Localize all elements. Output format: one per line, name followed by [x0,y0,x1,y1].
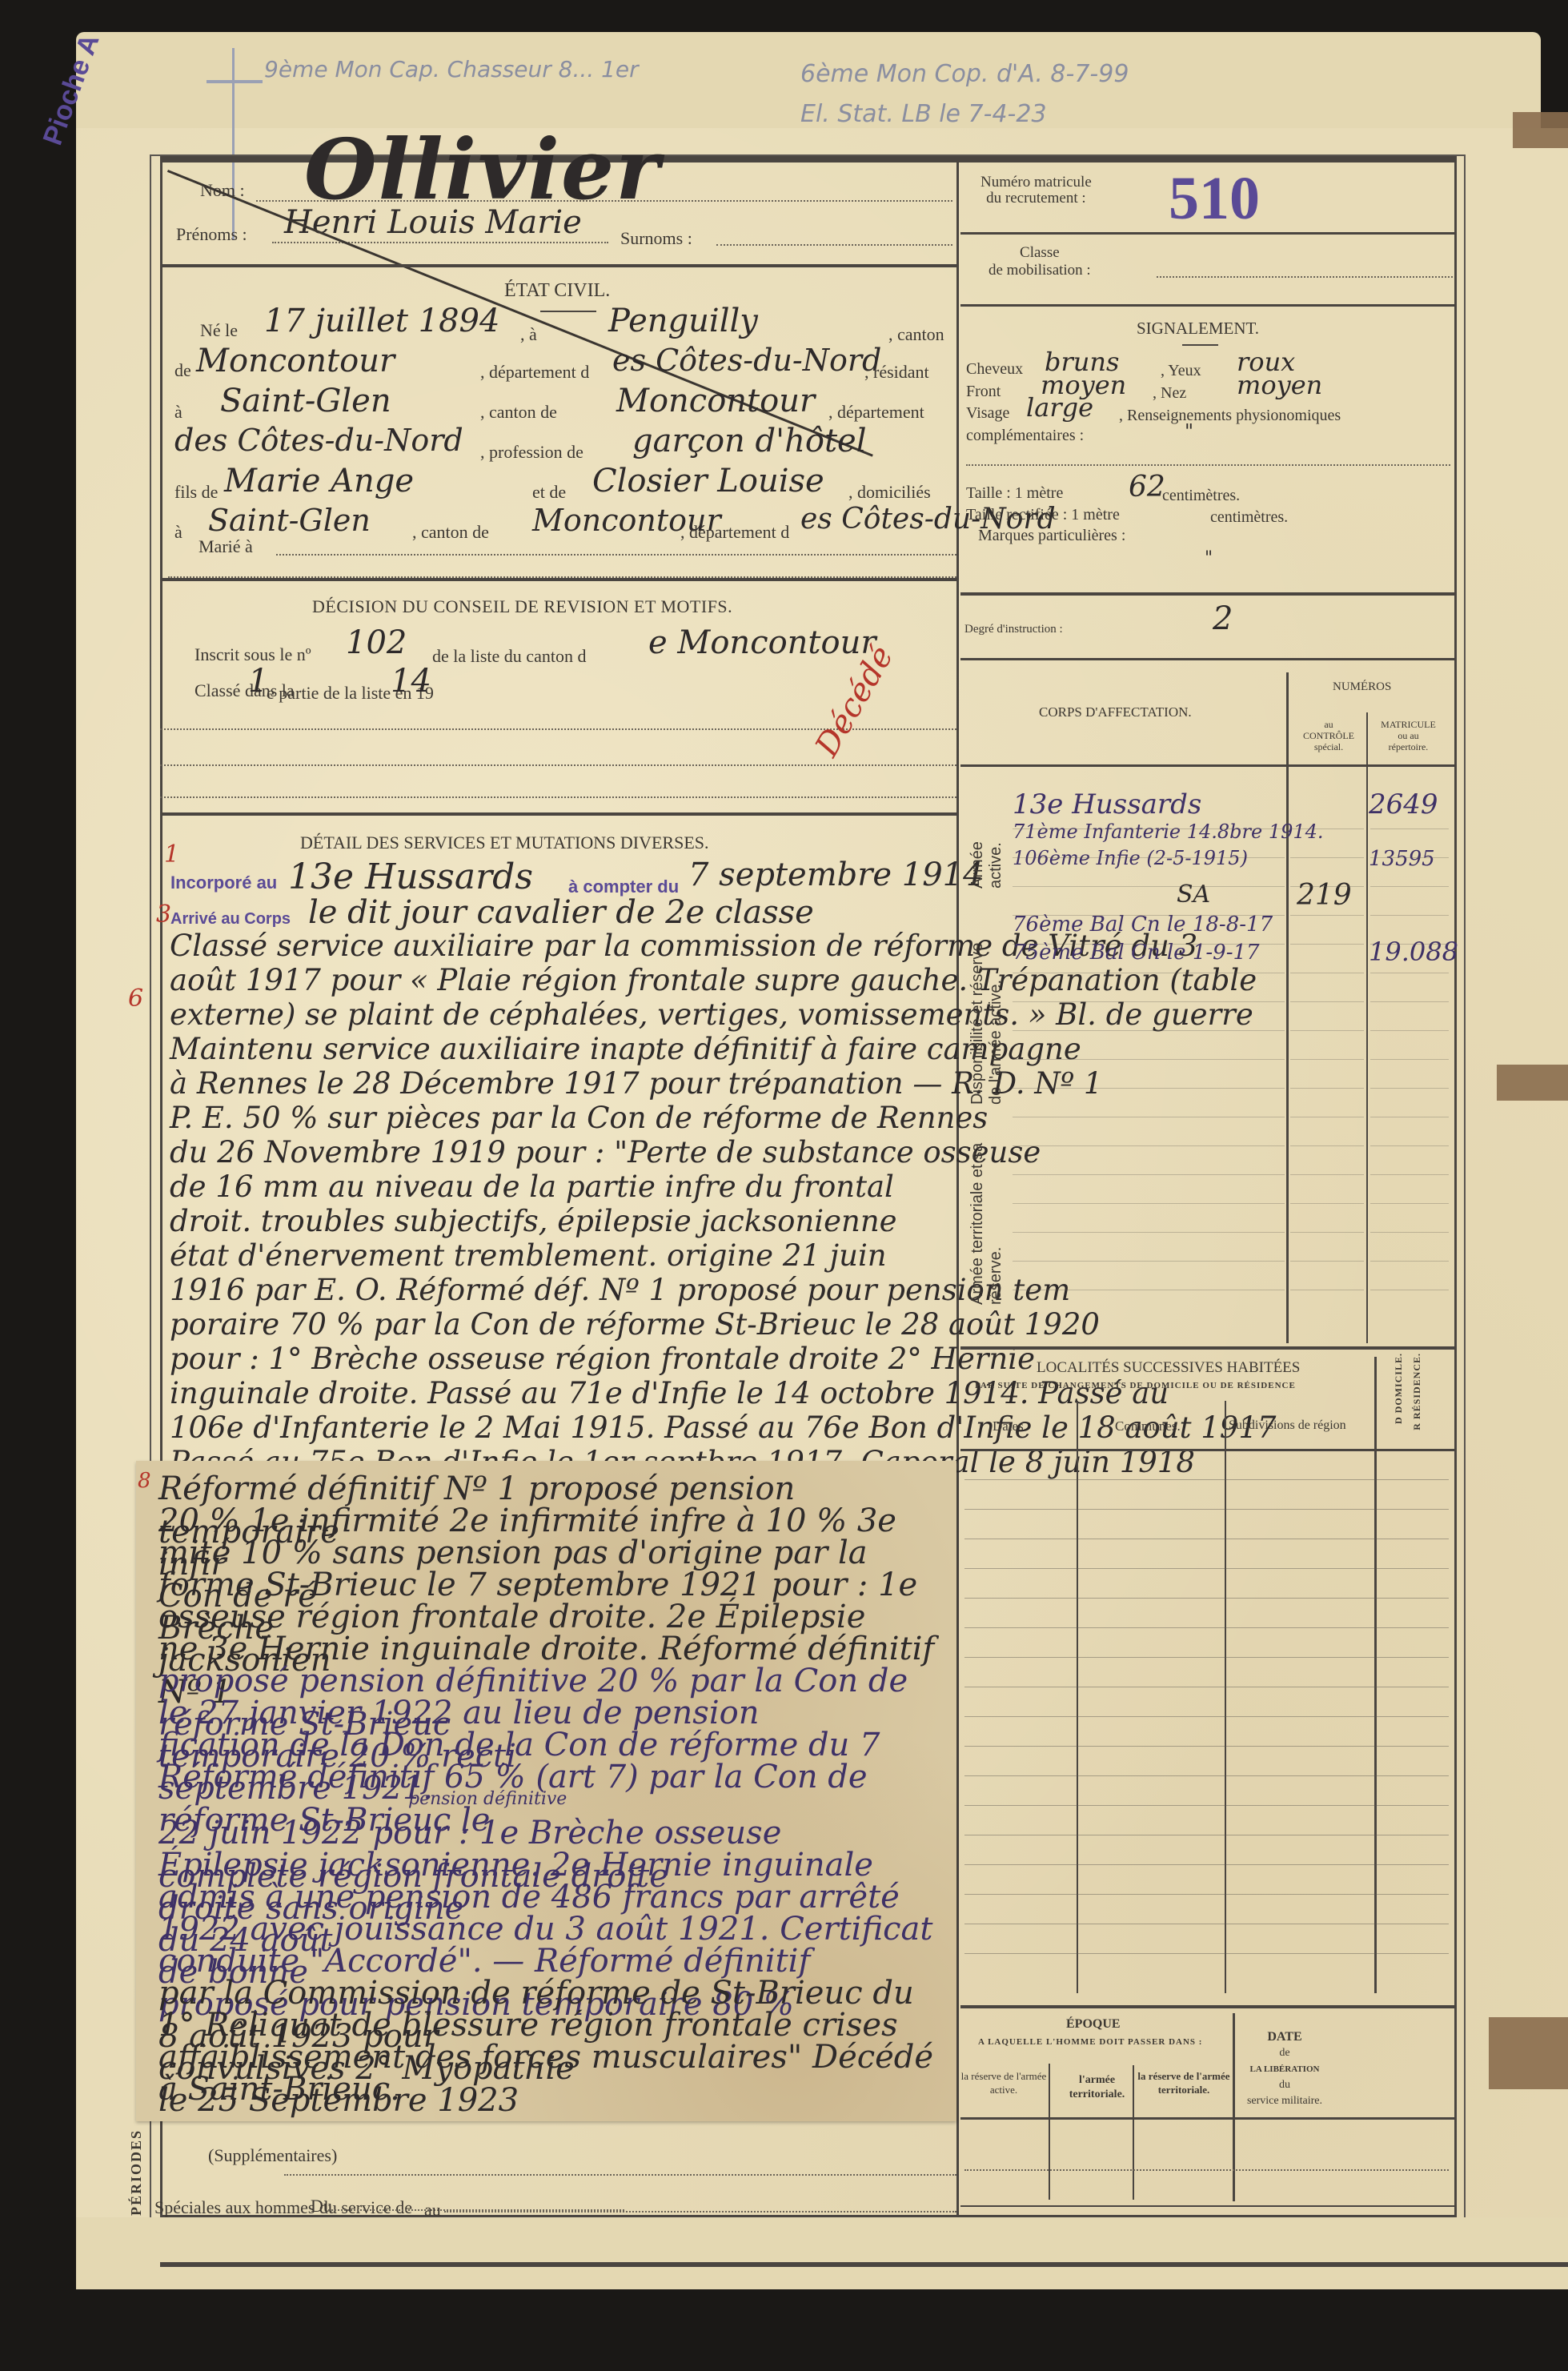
surnoms-field [716,244,952,246]
section-armee-active: Armée active. [968,808,1009,889]
departement-naissance-value: es Côtes-du-Nord [612,343,881,378]
section-territoriale: Armée territoriale et sa réserve. [968,1121,1009,1305]
epoque-title: ÉPOQUE [1066,2017,1121,2032]
red-marker: 8 [138,1469,151,1493]
de-label: de [174,360,191,381]
services-line: pour : 1° Brèche osseuse région frontale… [170,1342,1035,1376]
note-line: à Saint-Brieuc. [158,2068,940,2111]
prenoms-label: Prénoms : [176,224,247,245]
corps-header: CORPS D'AFFECTATION. [1039,704,1192,720]
domicile-a-label: à [174,522,182,543]
date-du: du [1237,2077,1333,2093]
compter-value: 7 septembre 1914 [688,857,984,893]
pasted-annotation-slip: Réformé définitif Nº 1 proposé pension t… [136,1461,956,2121]
dotted-rows [1290,800,1364,1313]
epoque-row [964,2169,1449,2171]
incorpore-value: 13e Hussards [288,857,533,897]
taille-value: 62 [1129,471,1165,503]
services-line: poraire 70 % par la Con de réforme St-Br… [170,1307,1100,1342]
pencil-cross-horizontal [207,80,263,83]
yeux-label: , Yeux [1161,362,1201,380]
marques-label: Marques particulières : [978,527,1125,545]
note-superscript: pension définitive [408,1789,567,1809]
pencil-note-top-right-1: 6ème Mon Cop. d'A. 8-7-99 [800,60,1129,88]
section-rule [960,2005,1457,2008]
liste-canton-value: e Moncontour [648,624,876,661]
instruction-value: 2 [1213,600,1233,637]
column-divider [1133,2065,1134,2200]
epoque-col-territoriale: l'armée territoriale. [1051,2073,1143,2102]
section-rule [160,264,956,267]
matricule-value: 510 [1169,164,1260,234]
classe-field [1157,276,1453,278]
domicile-departement-label: , département d [680,522,789,543]
matricule-label: Numéro matricule du recrutement : [981,175,1092,207]
annee-value: 14 [391,663,431,700]
blank-line [160,764,956,766]
services-line: P. E. 50 % sur pièces par la Con de réfo… [170,1101,988,1135]
services-line: du 26 Novembre 1919 pour : "Perte de sub… [170,1135,1041,1169]
section-rule [160,578,956,581]
liste-canton-label: de la liste du canton d [432,646,586,667]
date-liberation-header: DATE de LA LIBÉRATION du service militai… [1237,2029,1333,2109]
nez-value: moyen [1237,370,1322,400]
column-divider [956,160,959,2217]
binding-tape [1513,112,1568,148]
residence-departement-label: , département [828,402,924,423]
speciales-label-1: Spéciales aux hommes du service de [154,2197,412,2218]
red-marker: 3 [156,901,171,929]
column-divider [1286,672,1289,1343]
marie-label: Marié à [199,536,253,557]
matricule-header-1: MATRICULE [1370,719,1446,730]
section-rule [960,592,1457,596]
matricule-header-3: répertoire. [1370,741,1446,752]
centimetres-label: centimètres. [1210,508,1288,527]
complementaires-value: " [1185,420,1193,443]
date-service: service militaire. [1237,2093,1333,2109]
fils-de-label: fils de [174,482,218,503]
taille-label: Taille : 1 mètre [966,484,1063,503]
marques-value: " [1205,548,1213,568]
column-divider [1049,2064,1050,2200]
domicile-value: Saint-Glen [208,503,371,538]
classe-dans-value: 1 [248,663,268,700]
page-bottom-margin [76,2217,1568,2289]
services-line: de 16 mm au niveau de la partie infre du… [170,1169,894,1204]
canton-label: , canton [888,324,944,345]
classe-label: Classe de mobilisation : [989,244,1091,279]
epoque-col-reserve-territoriale: la réserve de l'armée territoriale. [1137,2069,1231,2096]
services-line: Maintenu service auxiliaire inapte défin… [170,1032,1081,1066]
signalement-title: SIGNALEMENT. [1137,319,1259,339]
section-rule [960,1346,1457,1350]
date-liberation: LA LIBÉRATION [1237,2061,1333,2077]
incorpore-stamp: Incorporé au [170,873,277,893]
col-dates: Dates. [993,1418,1027,1434]
date-de: de [1237,2045,1333,2061]
services-line: droit. troubles subjectifs, épilepsie ja… [170,1204,897,1238]
nom-field [256,200,952,202]
residence-value: Saint-Glen [220,383,391,419]
inscrit-value: 102 [346,624,407,661]
bottom-border [160,2262,1568,2267]
col-residence: R RÉSIDENCE. [1411,1353,1423,1430]
et-de-label: et de [532,482,566,503]
lieu-naissance-value: Penguilly [608,303,758,339]
scan-background [76,2281,1568,2371]
matricule-label-1: Numéro matricule [981,175,1092,191]
prenoms-field [272,242,608,243]
blank-line [160,796,956,798]
pencil-note-top-right-2: El. Stat. LB le 7-4-23 [800,100,1047,128]
section-disponibilite: Disponibilité et réserve de l'armée acti… [968,937,1009,1105]
section-rule [960,658,1457,660]
front-label: Front [966,383,1001,401]
conseil-title: DÉCISION DU CONSEIL DE REVISION ET MOTIF… [312,596,732,617]
domicile-canton-label: , canton de [412,522,489,543]
title-underline [1182,344,1218,346]
controle-header-2: CONTRÔLE [1293,730,1365,741]
departement-label: , département d [480,362,589,383]
residence-canton-label: , canton de [480,402,557,423]
canton-naissance-value: Moncontour [196,343,395,379]
localites-subtitle: PAR SUITE DE CHANGEMENTS DE DOMICILE OU … [975,1381,1296,1390]
col-domicile: D DOMICILE. [1393,1353,1405,1424]
date-title: DATE [1237,2029,1333,2045]
supplementaires-field [284,2174,956,2176]
column-divider [1366,712,1368,1343]
epoque-subtitle: A LAQUELLE L'HOMME DOIT PASSER DANS : [978,2037,1202,2047]
localites-title: LOCALITÉS SUCCESSIVES HABITÉES [1037,1359,1300,1377]
localites-table-rows [964,1450,1449,1983]
residence-canton-value: Moncontour [616,383,815,419]
controle-header-1: au [1293,719,1365,730]
ne-le-value: 17 juillet 1894 [264,303,499,339]
header-rule [960,764,1457,767]
pencil-note-top-left: 9ème Mon Cap. Chasseur 8... 1er [264,56,639,82]
instruction-label: Degré d'instruction : [964,623,1063,636]
periode-au-field-1[interactable] [444,2211,956,2213]
profession-value: garçon d'hôtel [632,423,867,459]
title-underline [540,311,596,312]
section-rule [960,304,1457,307]
profession-label: , profession de [480,442,583,463]
arrive-stamp: Arrivé au Corps [170,910,291,929]
red-marker: 1 [164,840,179,869]
a-label: , à [520,324,537,345]
cheveux-label: Cheveux [966,360,1023,379]
epoque-col-reserve-active: la réserve de l'armée active. [960,2069,1047,2096]
col-communes: Communes. [1115,1418,1181,1434]
residence-a-label: à [174,402,182,423]
visage-value: large [1026,392,1093,423]
classe-label-2: de mobilisation : [989,262,1091,279]
section-rule [960,2205,1457,2207]
matricule-col-header: MATRICULE ou au répertoire. [1370,719,1446,752]
nez-label: , Nez [1153,384,1186,403]
numeros-header: NUMÉROS [1333,680,1391,694]
services-line: état d'énervement tremblement. origine 2… [170,1238,887,1273]
dotted-rows [1370,800,1449,1313]
services-line: à Rennes le 28 Décembre 1917 pour trépan… [170,1066,1102,1101]
domicilies-label: , domiciliés [848,482,931,503]
supplementaires-label: (Supplémentaires) [208,2145,337,2166]
residant-label: , résidant [864,362,929,383]
marie-field [276,554,956,556]
renseignements-label: , Renseignements physionomiques [1119,407,1341,425]
matricule-header-2: ou au [1370,730,1446,741]
col-subdivisions: Subdivisions de région [1229,1418,1346,1433]
arrive-value: le dit jour cavalier de 2e classe [308,894,814,931]
services-line: 1916 par E. O. Réformé déf. Nº 1 proposé… [170,1273,1070,1307]
column-divider [1233,2013,1235,2201]
surnoms-label: Surnoms : [620,228,692,249]
controle-header-3: spécial. [1293,741,1365,752]
residence-departement-value: des Côtes-du-Nord [174,423,463,458]
visage-label: Visage [966,404,1009,423]
section-rule [160,812,956,816]
binding-tape [1497,1065,1568,1101]
taille-rectifiee-label: Taille rectifiée : 1 mètre [966,506,1120,524]
services-line: 106e d'Infanterie le 2 Mai 1915. Passé a… [170,1410,1276,1445]
complementaires-label: complémentaires : [966,427,1084,445]
mother-value: Closier Louise [592,463,824,499]
blank-line [966,464,1450,466]
matricule-label-2: du recrutement : [981,191,1092,207]
du-label: Du [311,2196,332,2217]
periodes-side-label: PÉRIODES [128,2129,145,2216]
binding-tape [1489,2017,1568,2089]
header-rule [960,2117,1457,2120]
dotted-rows [1013,800,1285,1313]
services-title: DÉTAIL DES SERVICES ET MUTATIONS DIVERSE… [300,832,709,853]
etat-civil-title: ÉTAT CIVIL. [504,280,610,302]
father-value: Marie Ange [224,463,414,499]
red-marker: 6 [128,985,143,1013]
centimetres-label: centimètres. [1162,487,1240,505]
ne-le-label: Né le [200,320,238,341]
classe-label-1: Classe [989,244,1091,262]
section-rule [960,232,1457,235]
controle-header: au CONTRÔLE spécial. [1293,719,1365,752]
